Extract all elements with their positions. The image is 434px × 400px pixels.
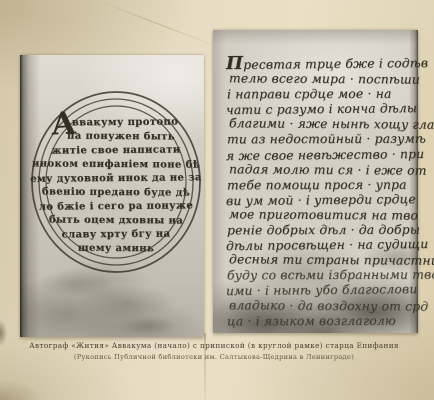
manuscript-left-leaf: А ввакуму протопопа понужен бытьжитіе св… <box>20 55 204 337</box>
manuscript-line: па понужен быть <box>28 129 204 144</box>
manuscript-line: падая молю ти ся · і еже от <box>229 162 434 179</box>
book-page: А ввакуму протопопа понужен бытьжитіе св… <box>0 0 434 400</box>
manuscript-line: реніе добрых дѣл · да добры <box>227 223 434 239</box>
paper-crease <box>92 0 223 49</box>
manuscript-line: ца · і языком возглаголю <box>227 313 434 329</box>
manuscript-line: бвенію предано буде дѣ <box>28 185 204 200</box>
manuscript-line: житіе свое написати <box>28 143 204 159</box>
manuscript-line: ими · і нынѣ убо благослови <box>226 282 434 299</box>
manuscript-line: шему аминь <box>28 241 204 256</box>
manuscript-line: ло бжіе і сего ра понуже <box>28 199 204 215</box>
manuscript-line: мое приготовитися на тво <box>229 207 434 224</box>
manuscript-line: тебе помощи прося · упра <box>227 177 434 193</box>
manuscript-line: владыко · да воздохну от срд <box>229 298 434 315</box>
manuscript-line: я же свое невѣжество · при <box>226 146 434 163</box>
manuscript-line: быть оцем дховны на <box>28 213 204 228</box>
manuscript-line: телю всего мира · поспѣши <box>229 71 434 88</box>
plate-caption: Автограф «Жития» Аввакума (начало) с при… <box>0 341 428 361</box>
manuscript-line: десныя ти страны причастни <box>229 252 434 269</box>
manuscript-line: ему духовной инок да не за <box>28 171 204 187</box>
page-corner-shadow <box>0 380 46 400</box>
manuscript-line: ви ум мой · і утверди срдце <box>226 192 434 209</box>
manuscript-line: ввакуму протопо <box>28 115 204 131</box>
avvakum-life-text: Пресвтая трце бже і содѣвтелю всего мира… <box>226 55 434 329</box>
manuscript-line: иноком епифаніем поне бѣ <box>28 157 204 172</box>
manuscript-line: благими · яже нынѣ хощу гла <box>229 117 434 134</box>
epiphanius-inscription: ввакуму протопопа понужен бытьжитіе свое… <box>28 116 204 256</box>
caption-title: Автограф «Жития» Аввакума (начало) с при… <box>0 341 428 350</box>
manuscript-line: славу хрту бгу на <box>28 227 204 243</box>
manuscript-line: Пресвтая трце бже і содѣв <box>226 54 434 73</box>
manuscript-line: ти аз недостойный · разумѣ <box>227 132 434 148</box>
caption-source: (Рукопись Публичной библиотеки им. Салты… <box>0 353 428 361</box>
manuscript-right-leaf: Пресвтая трце бже і содѣвтелю всего мира… <box>213 30 418 333</box>
